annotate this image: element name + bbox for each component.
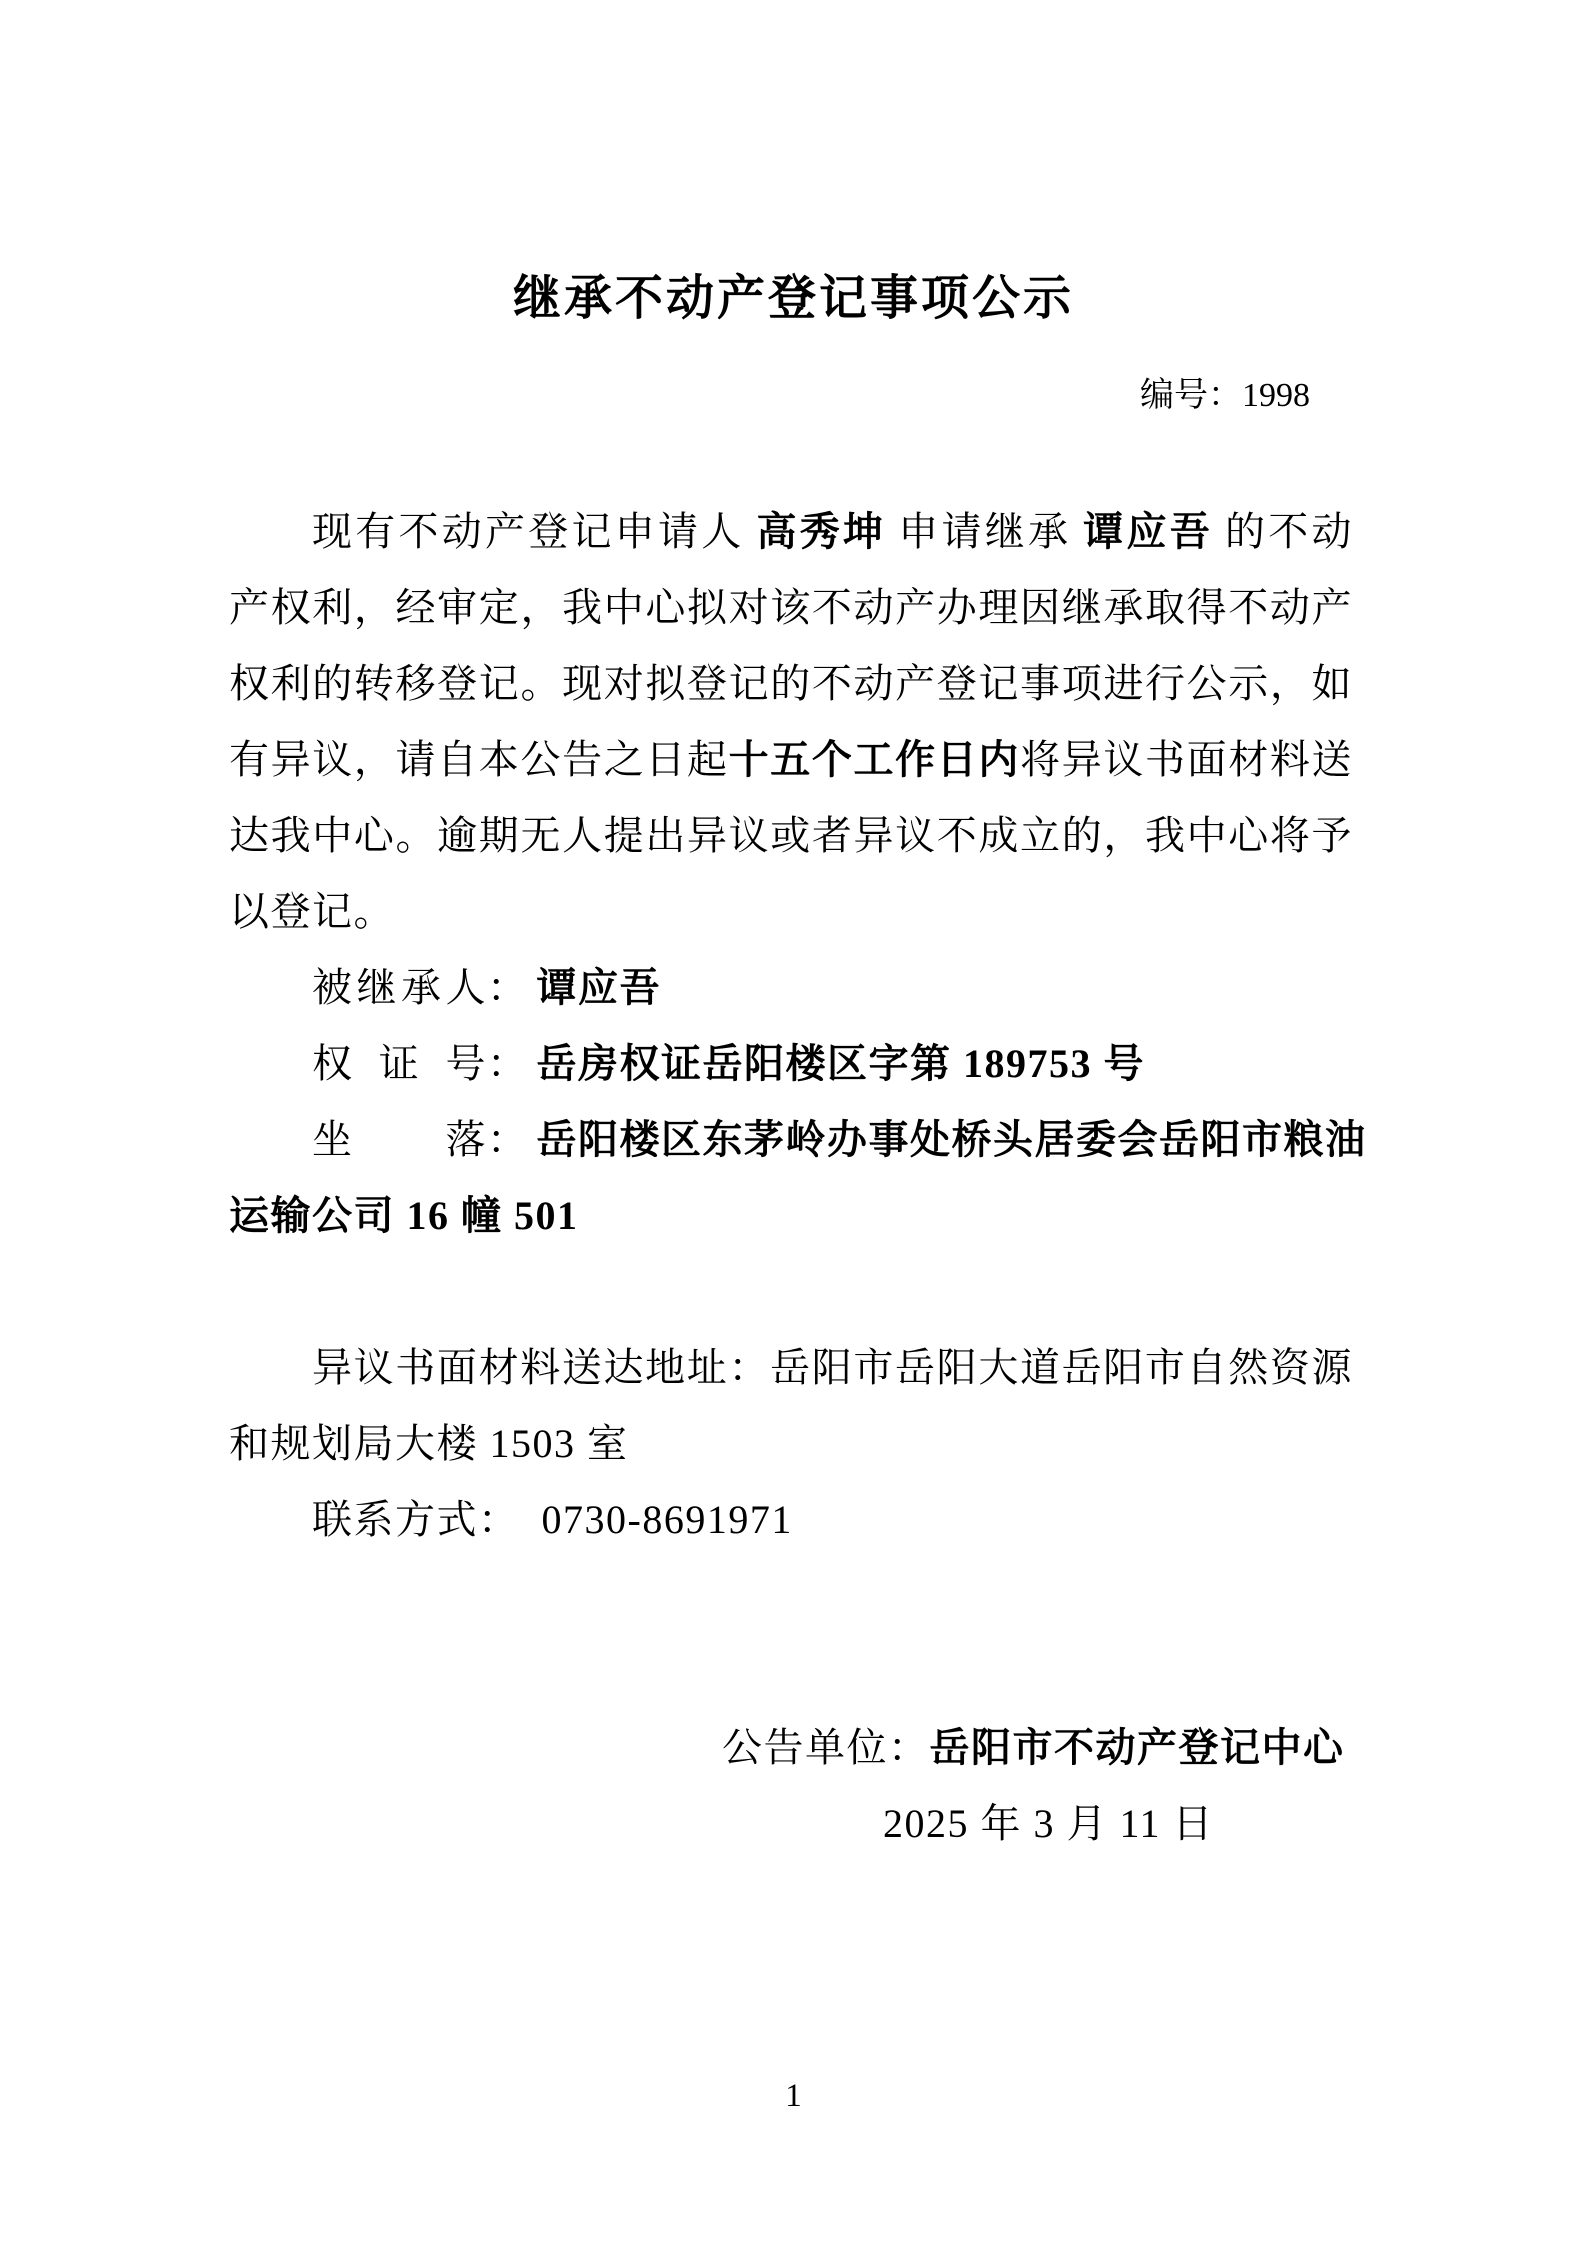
issuer-value: 岳阳市不动产登记中心 xyxy=(930,1725,1345,1770)
blank-lines xyxy=(229,1558,1353,1710)
paragraph-line-5: 达我中心。逾期无人提出异议或者异议不成立的，我中心将予 xyxy=(229,798,1353,874)
field-certificate: 权 证 号：岳房权证岳阳楼区字第 189753 号 xyxy=(229,1026,1353,1102)
document-number-value: 1998 xyxy=(1242,377,1310,414)
field-contact-value: 0730-8691971 xyxy=(542,1497,793,1542)
document-number-line: 编号：1998 xyxy=(1140,374,1310,418)
field-location: 坐 落：岳阳楼区东茅岭办事处桥头居委会岳阳市粮油 xyxy=(229,1102,1353,1178)
document-title: 继承不动产登记事项公示 xyxy=(0,270,1587,328)
paragraph-line-1: 现有不动产登记申请人高秀坤申请继承谭应吾的不动 xyxy=(229,494,1353,570)
deadline-emphasis: 十五个工作日内 xyxy=(729,737,1020,782)
colon: ： xyxy=(487,1102,529,1178)
field-certificate-value: 岳房权证岳阳楼区字第 189753 号 xyxy=(537,1041,1146,1086)
field-location-label: 坐 落 xyxy=(312,1102,487,1178)
objection-address-line-2: 和规划局大楼 1503 室 xyxy=(229,1406,1353,1482)
paragraph-text: 有异议，请自本公告之日起 xyxy=(229,737,729,782)
paragraph-line-2: 产权利，经审定，我中心拟对该不动产办理因继承取得不动产 xyxy=(229,570,1353,646)
applicant-name: 高秀坤 xyxy=(757,509,887,554)
field-decedent: 被继承人：谭应吾 xyxy=(229,950,1353,1026)
objection-address-line-1: 异议书面材料送达地址：岳阳市岳阳大道岳阳市自然资源 xyxy=(229,1330,1353,1406)
paragraph-text: 的不动 xyxy=(1225,509,1353,554)
document-body: 现有不动产登记申请人高秀坤申请继承谭应吾的不动 产权利，经审定，我中心拟对该不动… xyxy=(229,494,1353,1862)
field-location-value-line-2: 运输公司 16 幢 501 xyxy=(229,1178,1353,1254)
decedent-name-inline: 谭应吾 xyxy=(1083,509,1213,554)
notice-document-page: 继承不动产登记事项公示 编号：1998 现有不动产登记申请人高秀坤申请继承谭应吾… xyxy=(0,0,1587,2245)
field-location-value-line-1: 岳阳楼区东茅岭办事处桥头居委会岳阳市粮油 xyxy=(537,1117,1367,1162)
paragraph-line-4: 有异议，请自本公告之日起十五个工作日内将异议书面材料送 xyxy=(229,722,1353,798)
paragraph-line-3: 权利的转移登记。现对拟登记的不动产登记事项进行公示，如 xyxy=(229,646,1353,722)
page-number: 1 xyxy=(0,2076,1587,2116)
colon: ： xyxy=(487,950,529,1026)
field-contact: 联系方式：0730-8691971 xyxy=(229,1482,1353,1558)
issuer-line: 公告单位：岳阳市不动产登记中心 xyxy=(229,1710,1353,1786)
issuer-label: 公告单位： xyxy=(722,1725,930,1770)
field-contact-label: 联系方式： xyxy=(312,1497,520,1542)
paragraph-text: 申请继承 xyxy=(898,509,1071,554)
issue-date: 2025 年 3 月 11 日 xyxy=(229,1786,1353,1862)
field-decedent-label: 被继承人 xyxy=(312,950,487,1026)
blank-line xyxy=(229,1254,1353,1330)
field-certificate-label: 权 证 号 xyxy=(312,1026,487,1102)
paragraph-text: 将异议书面材料送 xyxy=(1020,737,1353,782)
paragraph-line-6: 以登记。 xyxy=(229,874,1353,950)
document-number-label: 编号： xyxy=(1140,377,1242,414)
paragraph-text: 现有不动产登记申请人 xyxy=(312,509,745,554)
colon: ： xyxy=(487,1026,529,1102)
field-decedent-value: 谭应吾 xyxy=(537,965,662,1010)
